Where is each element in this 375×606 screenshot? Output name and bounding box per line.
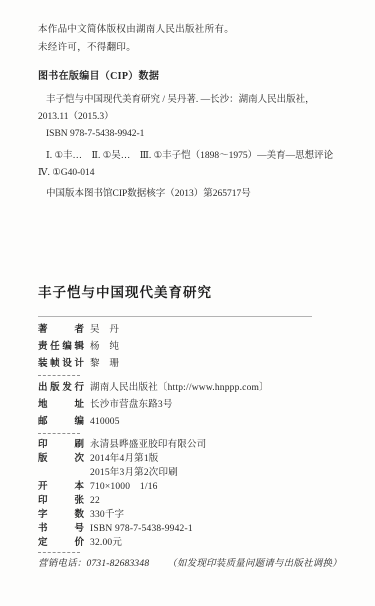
credit-row: 责任编辑杨 纯 (38, 339, 341, 356)
copyright-notice-line2: 未经许可，不得翻印。 (38, 39, 341, 57)
wordcount-row: 字数330千字 (38, 508, 341, 522)
cip-classification: Ⅰ. ①丰… Ⅱ. ①吴… Ⅲ. ①丰子恺（1898～1975）—美育—思想评论… (38, 148, 341, 182)
publisher-block: 出版发行湖南人民出版社〔http://www.hnppp.com〕 地址长沙市营… (38, 380, 341, 431)
credit-value-author: 吴 丹 (90, 325, 119, 335)
cip-entry-line1: 丰子恺与中国现代美育研究 / 吴丹著. —长沙：湖南人民出版社， (38, 92, 341, 109)
footer-hotline: 营销电话：0731-82683348 (38, 559, 149, 569)
credit-label-author: 著者 (38, 322, 84, 339)
credit-row: 著者吴 丹 (38, 322, 341, 339)
price-row: 定价32.00元 (38, 536, 341, 550)
postcode-label: 邮编 (38, 414, 84, 431)
isbn-label: 书号 (38, 522, 84, 536)
impression-value: 2015年3月第2次印刷 (90, 468, 178, 478)
book-title: 丰子恺与中国现代美育研究 (38, 283, 341, 303)
isbn-value: ISBN 978-7-5438-9942-1 (90, 524, 193, 534)
postcode-row: 邮编410005 (38, 414, 341, 431)
copyright-notice: 本作品中文简体版权由湖南人民出版社所有。 未经许可，不得翻印。 (38, 21, 341, 57)
section-divider (38, 375, 80, 376)
impression-row: 2015年3月第2次印刷 (38, 466, 341, 480)
publisher-value: 湖南人民出版社〔http://www.hnppp.com〕 (90, 383, 269, 393)
price-label: 定价 (38, 536, 84, 550)
address-value: 长沙市营盘东路3号 (90, 400, 173, 410)
edition-label: 版次 (38, 452, 84, 466)
address-row: 地址长沙市营盘东路3号 (38, 397, 341, 414)
format-value: 710×1000 1/16 (90, 482, 158, 492)
wordcount-value: 330千字 (90, 510, 124, 520)
printing-block: 印刷永清县晔盛亚胶印有限公司 版次2014年4月第1版 2015年3月第2次印刷… (38, 438, 341, 550)
credit-label-editor: 责任编辑 (38, 339, 84, 356)
section-divider (38, 433, 80, 434)
credit-value-editor: 杨 纯 (90, 342, 119, 352)
credit-value-designer: 黎 珊 (90, 359, 119, 369)
format-label: 开本 (38, 480, 84, 494)
footer: 营销电话：0731-82683348（如发现印装质量问题请与出版社调换） (38, 557, 341, 571)
price-value: 32.00元 (90, 538, 122, 548)
printer-label: 印刷 (38, 438, 84, 452)
isbn-row: 书号ISBN 978-7-5438-9942-1 (38, 522, 341, 536)
cip-class-line2: Ⅳ. ①G40-014 (38, 165, 341, 182)
cip-entry-line2: 2013.11（2015.3） (38, 109, 341, 126)
cip-entry: 丰子恺与中国现代美育研究 / 吴丹著. —长沙：湖南人民出版社， 2013.11… (38, 92, 341, 143)
sheets-value: 22 (90, 496, 100, 506)
footer-note: （如发现印装质量问题请与出版社调换） (167, 559, 342, 569)
cip-header: 图书在版编目（CIP）数据 (38, 68, 341, 85)
printer-value: 永清县晔盛亚胶印有限公司 (90, 440, 206, 450)
edition-value: 2014年4月第1版 (90, 454, 159, 464)
copyright-page: 本作品中文简体版权由湖南人民出版社所有。 未经许可，不得翻印。 图书在版编目（C… (0, 0, 375, 606)
postcode-value: 410005 (90, 417, 120, 427)
edition-row: 版次2014年4月第1版 (38, 452, 341, 466)
sheets-label: 印张 (38, 494, 84, 508)
credit-row: 装帧设计黎 珊 (38, 356, 341, 373)
sheets-row: 印张22 (38, 494, 341, 508)
wordcount-label: 字数 (38, 508, 84, 522)
credit-label-designer: 装帧设计 (38, 356, 84, 373)
cip-registry-number: 中国版本图书馆CIP数据核字（2013）第265717号 (38, 186, 341, 203)
publisher-label: 出版发行 (38, 380, 84, 397)
title-divider (38, 316, 312, 317)
address-label: 地址 (38, 397, 84, 414)
cip-class-line1: Ⅰ. ①丰… Ⅱ. ①吴… Ⅲ. ①丰子恺（1898～1975）—美育—思想评论 (38, 148, 341, 165)
credits-block: 著者吴 丹 责任编辑杨 纯 装帧设计黎 珊 (38, 322, 341, 373)
copyright-notice-line1: 本作品中文简体版权由湖南人民出版社所有。 (38, 21, 341, 39)
cip-entry-isbn: ISBN 978-7-5438-9942-1 (38, 126, 341, 143)
format-row: 开本710×1000 1/16 (38, 480, 341, 494)
publisher-row: 出版发行湖南人民出版社〔http://www.hnppp.com〕 (38, 380, 341, 397)
printer-row: 印刷永清县晔盛亚胶印有限公司 (38, 438, 341, 452)
section-divider (38, 552, 80, 553)
